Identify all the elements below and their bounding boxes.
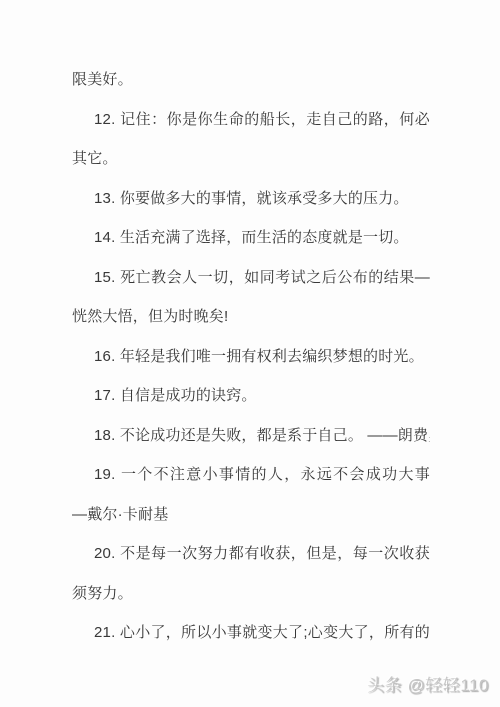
text-line: 17. 自信是成功的诀窍。: [72, 376, 430, 416]
text-line: 限美好。: [72, 60, 430, 100]
text-line: 16. 年轻是我们唯一拥有权利去编织梦想的时光。: [72, 337, 430, 377]
text-line: 21. 心小了，所以小事就变大了;心变大了，所有的大事: [72, 613, 430, 653]
text-line: 恍然大悟，但为时晚矣!: [72, 297, 430, 337]
text-line: 12. 记住：你是你生命的船长，走自己的路，何必在乎: [72, 100, 430, 140]
text-line: 14. 生活充满了选择，而生活的态度就是一切。: [72, 218, 430, 258]
text-line: 18. 不论成功还是失败，都是系于自己。 ——朗费罗: [72, 416, 430, 456]
text-line: 须努力。: [72, 574, 430, 614]
document-page: { "colors": { "background": "#fdfdfd", "…: [0, 0, 500, 707]
quote-list: 限美好。 12. 记住：你是你生命的船长，走自己的路，何必在乎 其它。 13. …: [72, 60, 430, 653]
text-line: 20. 不是每一次努力都有收获，但是，每一次收获都必: [72, 534, 430, 574]
text-line: 19. 一个不注意小事情的人，永远不会成功大事业。—: [72, 455, 430, 495]
toutiao-watermark: 头条 @轻轻110: [367, 676, 489, 696]
text-line: 13. 你要做多大的事情，就该承受多大的压力。: [72, 179, 430, 219]
text-line: —戴尔·卡耐基: [72, 495, 430, 535]
text-line: 15. 死亡教会人一切，如同考试之后公布的结果—虽然: [72, 258, 430, 298]
text-line: 其它。: [72, 139, 430, 179]
